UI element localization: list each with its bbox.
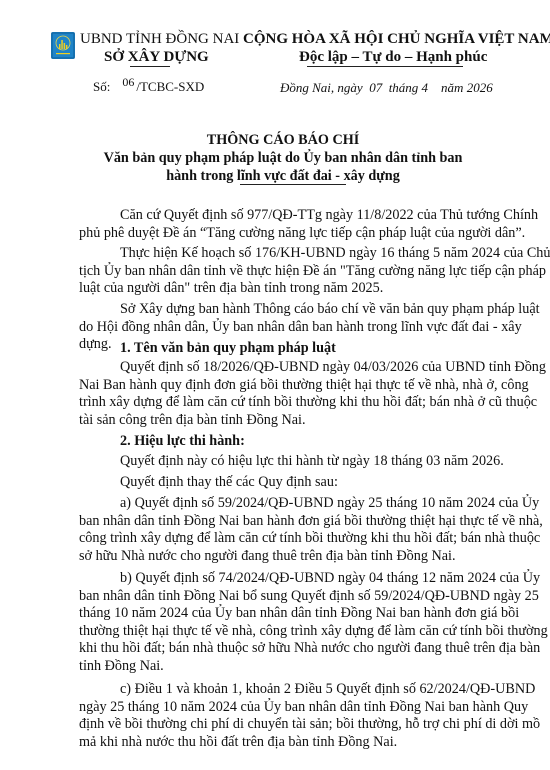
agency-logo-icon	[51, 32, 75, 59]
heading-text: 2. Hiệu lực thi hành:	[79, 433, 487, 451]
text-line: trình xây dựng để làm căn cứ tính bồi th…	[79, 394, 487, 412]
document-title: THÔNG CÁO BÁO CHÍ	[8, 132, 550, 149]
text-line: Căn cứ Quyết định số 977/QĐ-TTg ngày 11/…	[79, 207, 487, 225]
paragraph-effective-date: Quyết định này có hiệu lực thi hành từ n…	[79, 453, 487, 471]
text-line: ban nhân dân tỉnh Đồng Nai bổ sung Quyết…	[79, 588, 487, 606]
text-line: c) Điều 1 và khoản 1, khoản 2 Điều 5 Quy…	[79, 681, 487, 699]
paragraph-decision-18: Quyết định số 18/2026/QĐ-UBND ngày 04/03…	[79, 359, 487, 429]
text-line: mả khi nhà nước thu hồi đất trên địa bàn…	[79, 734, 487, 752]
text-line: luật của người dân" trên địa bàn tỉnh tr…	[79, 280, 487, 298]
text-line: tỉnh Đồng Nai.	[79, 658, 487, 676]
paragraph-item-c: c) Điều 1 và khoản 1, khoản 2 Điều 5 Quy…	[79, 681, 487, 751]
document-subtitle-line-2: hành trong lĩnh vực đất đai - xây dựng	[8, 168, 550, 185]
text-line: tài sản công trên địa bàn tỉnh Đồng Nai.	[79, 412, 487, 430]
number-label: Số:	[93, 79, 110, 94]
text-line: ban nhân dân tỉnh Đồng Nai ban hành đơn …	[79, 513, 487, 531]
text-line: thường thiệt hại thực tế về nhà, công tr…	[79, 623, 487, 641]
text-line: a) Quyết định số 59/2024/QĐ-UBND ngày 25…	[79, 495, 487, 513]
text-line: Thực hiện Kế hoạch số 176/KH-UBND ngày 1…	[79, 245, 487, 263]
number-value: 06	[122, 75, 134, 89]
section-heading-1: 1. Tên văn bản quy phạm pháp luật	[79, 340, 487, 358]
paragraph-item-b: b) Quyết định số 74/2024/QĐ-UBND ngày 04…	[79, 570, 487, 676]
text-line: tịch Ủy ban nhân dân tỉnh về thực hiện Đ…	[79, 263, 487, 281]
country-name: CỘNG HÒA XÃ HỘI CHỦ NGHĨA VIỆT NAM	[243, 31, 550, 48]
text-line: Quyết định số 18/2026/QĐ-UBND ngày 04/03…	[79, 359, 487, 377]
paragraph-item-a: a) Quyết định số 59/2024/QĐ-UBND ngày 25…	[79, 495, 487, 565]
issue-date: Đồng Nai, ngày 07 tháng 4 năm 2026	[280, 80, 493, 96]
text-line: sở hữu Nhà nước cho người đang thuê trên…	[79, 548, 487, 566]
agency-underline	[130, 66, 170, 67]
paragraph-plan: Thực hiện Kế hoạch số 176/KH-UBND ngày 1…	[79, 245, 487, 298]
motto-underline	[307, 66, 463, 67]
text-line: công trình xây dựng để làm căn cứ tính b…	[79, 530, 487, 548]
text-line: ngày 25 tháng 10 năm 2024 của Ủy ban nhâ…	[79, 699, 487, 717]
paragraph-legal-basis: Căn cứ Quyết định số 977/QĐ-TTg ngày 11/…	[79, 207, 487, 242]
paragraph-replaces: Quyết định thay thế các Quy định sau:	[79, 474, 487, 492]
number-suffix: /TCBC-SXD	[136, 79, 204, 94]
document-number: Số:06/TCBC-SXD	[93, 79, 204, 95]
agency-name: SỞ XÂY DỰNG	[104, 49, 209, 66]
text-line: do Hội đồng nhân dân, Ủy ban nhân dân ba…	[79, 319, 487, 337]
text-line: tháng 10 năm 2024 của Ủy ban nhân dân tỉ…	[79, 605, 487, 623]
text-line: phủ phê duyệt Đề án “Tăng cường năng lực…	[79, 225, 487, 243]
text-line: Nai Ban hành quy định đơn giá bồi thường…	[79, 377, 487, 395]
text-line: Quyết định thay thế các Quy định sau:	[79, 474, 487, 492]
text-line: b) Quyết định số 74/2024/QĐ-UBND ngày 04…	[79, 570, 487, 588]
text-line: định về bồi thường chi phí di chuyển tài…	[79, 716, 487, 734]
text-line: khi thu hồi đất; bán nhà thuộc sở hữu Nh…	[79, 640, 487, 658]
text-line: Quyết định này có hiệu lực thi hành từ n…	[79, 453, 487, 471]
section-heading-2: 2. Hiệu lực thi hành:	[79, 433, 487, 451]
document-subtitle-line-1: Văn bản quy phạm pháp luật do Ủy ban nhâ…	[8, 150, 550, 167]
agency-parent: UBND TỈNH ĐỒNG NAI	[80, 31, 239, 48]
national-motto: Độc lập – Tự do – Hạnh phúc	[299, 49, 487, 66]
text-line: Sở Xây dựng ban hành Thông cáo báo chí v…	[79, 301, 487, 319]
heading-text: 1. Tên văn bản quy phạm pháp luật	[79, 340, 487, 358]
title-underline	[240, 184, 346, 185]
